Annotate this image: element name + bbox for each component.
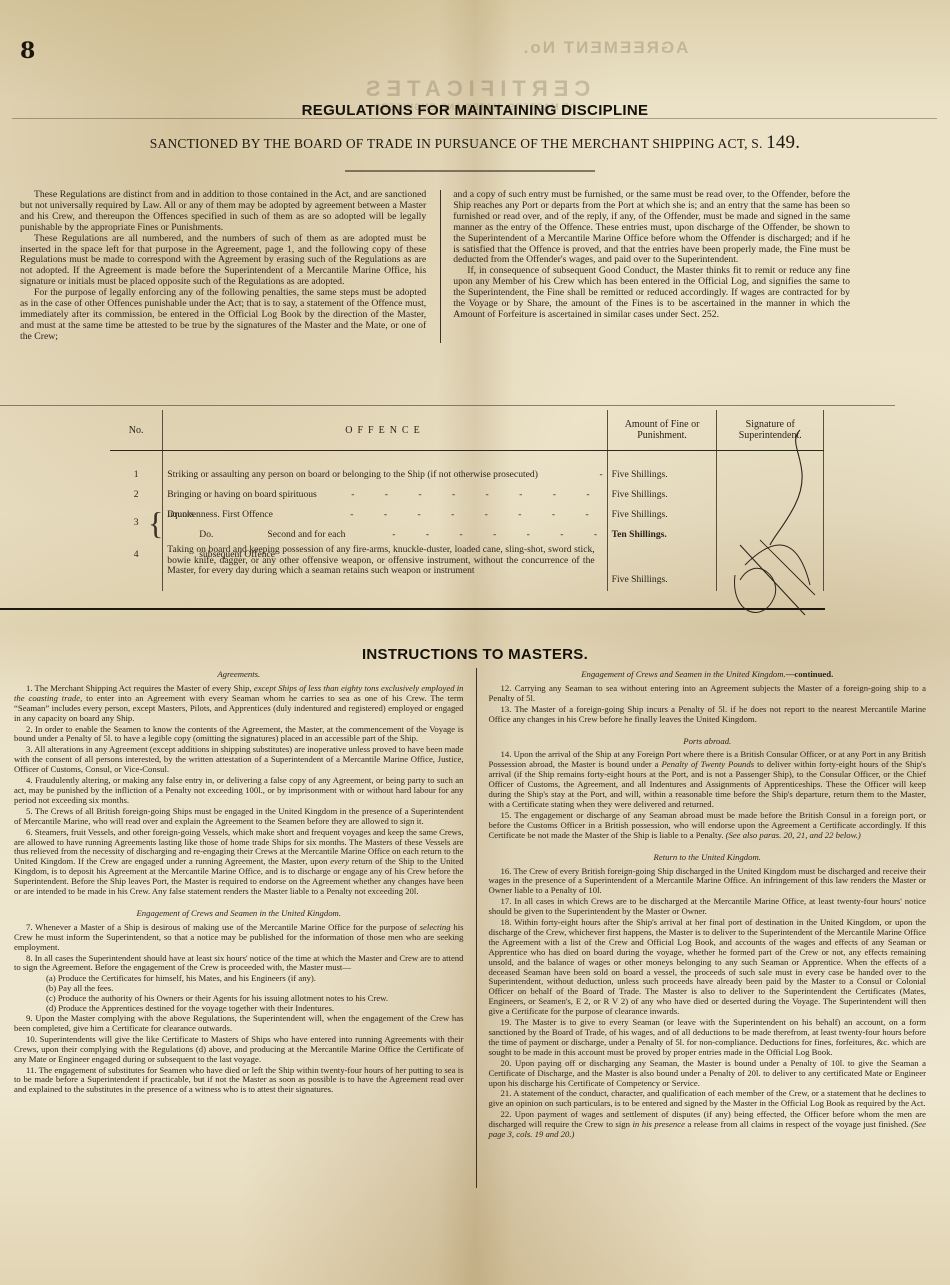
section-heading: Engagement of Crews and Seamen in the Un… (14, 909, 464, 919)
fine-amount: Five Shillings. (607, 545, 717, 591)
header-no: No. (110, 410, 163, 451)
divider (0, 405, 895, 406)
offence-cell: Striking or assaulting any person on boa… (163, 465, 607, 485)
instructions-title: INSTRUCTIONS TO MASTERS. (0, 646, 950, 663)
instruction-paragraph: 16. The Crew of every British foreign-go… (489, 867, 927, 897)
table-row: Do.Second and for each subsequent Offenc… (110, 525, 824, 545)
fine-amount: Five Shillings. (607, 485, 717, 505)
instruction-paragraph: 11. The engagement of substitutes for Se… (14, 1066, 464, 1096)
subtitle-text: SANCTIONED BY THE BOARD OF TRADE IN PURS… (150, 136, 763, 151)
instructions-left-column: Agreements. 1. The Merchant Shipping Act… (14, 668, 477, 1188)
table-row: 3 { Drunkenness. First Offence- - - - - … (110, 505, 824, 525)
offence-number-cell: 3 { (110, 505, 163, 545)
intro-paragraph: For the purpose of legally enforcing any… (20, 288, 426, 343)
section-heading: Engagement of Crews and Seamen in the Un… (489, 670, 927, 680)
instruction-paragraph: 13. The Master of a foreign-going Ship i… (489, 705, 927, 725)
header-signature: Signature of Superintendent. (717, 410, 824, 451)
signature-cell (717, 465, 824, 485)
section-heading: Return to the United Kingdom. (489, 853, 927, 863)
instruction-paragraph: 3. All alterations in any Agreement (exc… (14, 745, 464, 775)
intro-paragraph: and a copy of such entry must be furnish… (453, 190, 850, 266)
offence-text: Striking or assaulting any person on boa… (167, 465, 538, 485)
brace-icon: { (148, 507, 163, 539)
intro-paragraph: These Regulations are all numbered, and … (20, 234, 426, 289)
offence-text: Bringing or having on board spirituous l… (167, 485, 345, 505)
instruction-paragraph: 14. Upon the arrival of the Ship at any … (489, 750, 927, 809)
offence-number: 1 (110, 465, 163, 485)
header-offence: OFFENCE (163, 410, 607, 451)
offences-table-container: No. OFFENCE Amount of Fine or Punishment… (110, 410, 824, 591)
offence-cell: Bringing or having on board spirituous l… (163, 485, 607, 505)
offence-number: 4 (110, 545, 163, 591)
instruction-paragraph: 21. A statement of the conduct, characte… (489, 1089, 927, 1109)
instruction-paragraph: 20. Upon paying off or discharging any S… (489, 1059, 927, 1089)
divider (0, 608, 825, 610)
table-row: 4 Taking on board and keeping possession… (110, 545, 824, 591)
offence-cell: Do.Second and for each subsequent Offenc… (163, 525, 607, 545)
section-number: 149. (766, 132, 800, 153)
offence-number: 2 (110, 485, 163, 505)
header-amount: Amount of Fine or Punishment. (607, 410, 717, 451)
ditto-mark: Do. (199, 529, 213, 540)
offence-text: Drunkenness. First Offence (167, 505, 273, 525)
instructions-section: Agreements. 1. The Merchant Shipping Act… (14, 668, 926, 1188)
offence-text: Taking on board and keeping possession o… (167, 545, 602, 591)
section-heading: Agreements. (14, 670, 464, 680)
intro-right-column: and a copy of such entry must be furnish… (441, 190, 850, 343)
instruction-paragraph: 9. Upon the Master complying with the ab… (14, 1014, 464, 1034)
table-header-row: No. OFFENCE Amount of Fine or Punishment… (110, 410, 824, 451)
spacer-row (110, 451, 824, 466)
bleed-through-text: AGREEMENT No. (0, 38, 950, 58)
instruction-paragraph: 8. In all cases the Superintendent shoul… (14, 954, 464, 974)
signature-cell (717, 505, 824, 525)
fine-amount: Five Shillings. (607, 505, 717, 525)
intro-paragraph: If, in consequence of subsequent Good Co… (453, 266, 850, 321)
leader-dashes: - - - - - - - - (344, 505, 602, 525)
instruction-paragraph: 12. Carrying any Seaman to sea without e… (489, 684, 927, 704)
intro-left-column: These Regulations are distinct from and … (20, 190, 441, 343)
instruction-paragraph: 15. The engagement or discharge of any S… (489, 811, 927, 841)
instruction-paragraph: 2. In order to enable the Seamen to know… (14, 725, 464, 745)
intro-section: These Regulations are distinct from and … (20, 190, 850, 343)
document-page: 8 AGREEMENT No. CERTIFICATES OF MASTERS,… (0, 0, 950, 1285)
instruction-paragraph: 1. The Merchant Shipping Act requires th… (14, 684, 464, 724)
instruction-paragraph: 18. Within forty-eight hours after the S… (489, 918, 927, 1017)
instruction-paragraph: 10. Superintendents will give the like C… (14, 1035, 464, 1065)
leader-dashes: - - - - - - - - (386, 525, 602, 545)
instruction-paragraph: 17. In all cases in which Crews are to b… (489, 897, 927, 917)
divider (345, 170, 595, 172)
leader-dashes: - - - - - - - - (345, 485, 602, 505)
table-row: 2 Bringing or having on board spirituous… (110, 485, 824, 505)
fine-amount: Ten Shillings. (607, 525, 717, 545)
table-row: 1 Striking or assaulting any person on b… (110, 465, 824, 485)
signature-cell (717, 525, 824, 545)
section-heading: Ports abroad. (489, 737, 927, 747)
page-subtitle: SANCTIONED BY THE BOARD OF TRADE IN PURS… (0, 132, 950, 154)
offence-cell: Drunkenness. First Offence- - - - - - - … (163, 505, 607, 525)
offence-cell: Taking on board and keeping possession o… (163, 545, 607, 591)
instruction-paragraph: 19. The Master is to give to every Seama… (489, 1018, 927, 1058)
intro-paragraph: These Regulations are distinct from and … (20, 190, 426, 234)
page-title: REGULATIONS FOR MAINTAINING DISCIPLINE (0, 102, 950, 119)
offences-table: No. OFFENCE Amount of Fine or Punishment… (110, 410, 824, 591)
fine-amount: Five Shillings. (607, 465, 717, 485)
instructions-right-column: Engagement of Crews and Seamen in the Un… (477, 668, 927, 1188)
signature-cell (717, 545, 824, 591)
instruction-paragraph: 4. Fraudulently altering, or making any … (14, 776, 464, 806)
instruction-paragraph: 7. Whenever a Master of a Ship is desiro… (14, 923, 464, 953)
bleed-through-text: CERTIFICATES (0, 76, 950, 102)
signature-cell (717, 485, 824, 505)
instruction-paragraph: 22. Upon payment of wages and settlement… (489, 1110, 927, 1140)
divider (12, 118, 937, 119)
instruction-paragraph: 5. The Crews of all British foreign-goin… (14, 807, 464, 827)
instruction-paragraph: 6. Steamers, fruit Vessels, and other fo… (14, 828, 464, 897)
